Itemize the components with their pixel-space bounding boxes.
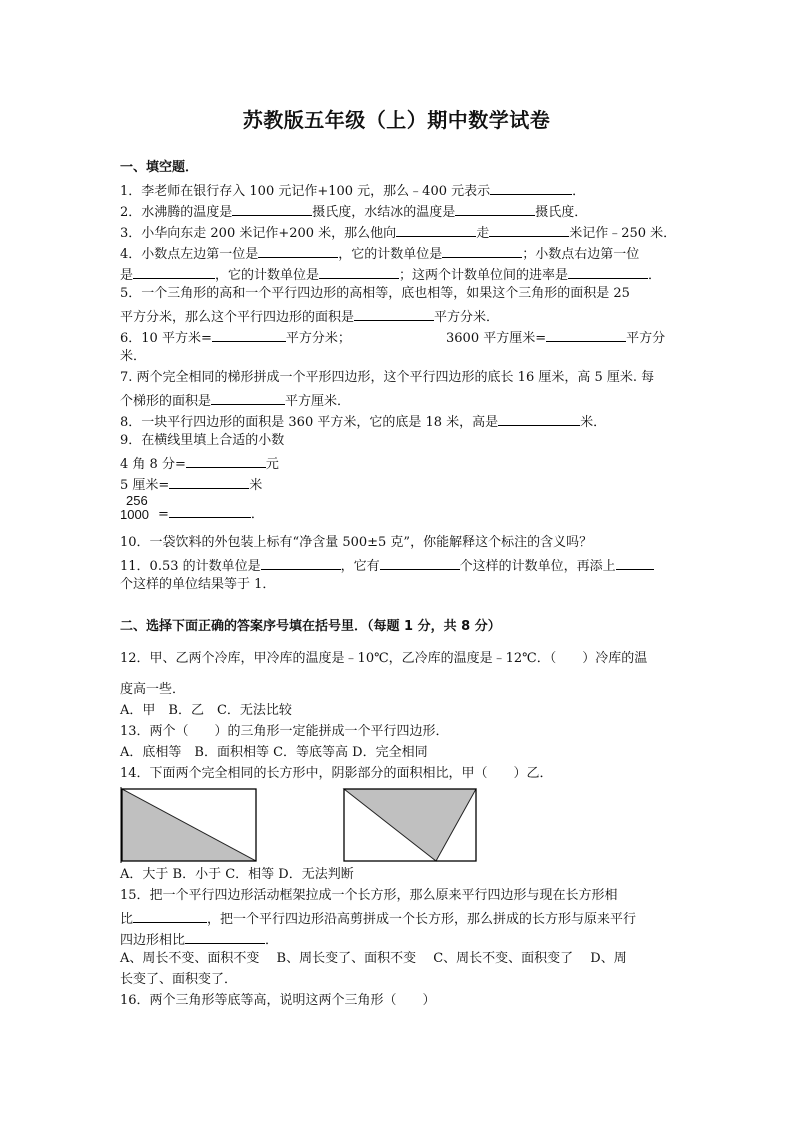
q9b-unit: 米 <box>249 478 262 493</box>
figure-jia-rectangle <box>118 785 260 865</box>
question-15-line-2: 比，把一个平行四边形沿高剪拼成一个长方形，那么拼成的长方形与原来平行 <box>120 909 636 928</box>
question-6-line-1: 6．10 平方米=平方分米； <box>120 328 351 347</box>
question-11-line-2: 个这样的单位结果等于 1． <box>120 577 275 593</box>
fraction-denominator: 1000 <box>120 508 149 522</box>
question-5-line-1: 5．一个三角形的高和一个平行四边形的高相等，底也相等，如果这个三角形的面积是 2… <box>120 286 630 302</box>
q4-blank-4[interactable] <box>319 265 399 279</box>
q6-blank-1[interactable] <box>212 328 286 342</box>
q2-text-c: 摄氏度． <box>535 205 587 220</box>
q4-text-e: ，它的计数单位是 <box>215 268 319 283</box>
question-9a: 4 角 8 分=元 <box>120 454 279 473</box>
figure-yi-rectangle <box>340 785 480 865</box>
q9c-blank[interactable] <box>169 504 251 518</box>
q11-text-a: 11．0.53 的计数单位是 <box>120 559 261 574</box>
question-9: 9．在横线里填上合适的小数 <box>120 433 284 449</box>
q6-text-d: 平方分 <box>626 331 665 346</box>
question-7-line-1: 7. 两个完全相同的梯形拼成一个平形四边形，这个平行四边形的底长 16 厘米，高… <box>120 370 654 386</box>
q3-blank-1[interactable] <box>396 223 476 237</box>
question-4-line-1: 4．小数点左边第一位是，它的计数单位是；小数点右边第一位 <box>120 244 639 263</box>
q3-text-a: 3．小华向东走 200 米记作+200 米，那么他向 <box>120 226 396 241</box>
q9c-equals: = <box>158 507 169 522</box>
question-1: 1．李老师在银行存入 100 元记作+100 元，那么﹣400 元表示． <box>120 181 585 200</box>
question-15-line-3: 四边形相比． <box>120 930 278 949</box>
question-14-options: A．大于 B．小于 C．相等 D．无法判断 <box>120 867 354 883</box>
q4-blank-1[interactable] <box>258 244 338 258</box>
q4-blank-2[interactable] <box>442 244 522 258</box>
q1-end: ． <box>572 184 585 199</box>
question-15-options-1: A、周长不变、面积不变 B、周长变了、面积不变 C、周长不变、面积变了 D、周 <box>120 951 627 967</box>
q5-text-b: 平方分米． <box>434 310 499 325</box>
question-5-line-2: 平方分米，那么这个平行四边形的面积是平方分米． <box>120 307 499 326</box>
q3-blank-2[interactable] <box>489 223 569 237</box>
q3-text-b: 走 <box>476 226 489 241</box>
q9b-blank[interactable] <box>169 475 249 489</box>
q1-answer-blank[interactable] <box>490 181 572 195</box>
fraction-numerator: 256 <box>120 494 149 508</box>
q6-text-b: 平方分米； <box>286 331 351 346</box>
q5-text-a: 平方分米，那么这个平行四边形的面积是 <box>120 310 354 325</box>
q11-text-c: 个这样的计数单位，再添上 <box>460 559 616 574</box>
question-12-line-1: 12．甲、乙两个冷库，甲冷库的温度是﹣10℃，乙冷库的温度是﹣12℃．（ ）冷库… <box>120 651 647 667</box>
question-2: 2．水沸腾的温度是摄氏度，水结冰的温度是摄氏度． <box>120 202 587 221</box>
question-15-line-1: 15．把一个平行四边形活动框架拉成一个长方形，那么原来平行四边形与现在长方形相 <box>120 888 618 904</box>
q3-text-c: 米记作﹣250 米． <box>569 226 676 241</box>
q11-blank-2[interactable] <box>380 556 460 570</box>
q6-text-c: 3600 平方厘米= <box>446 331 546 346</box>
q15-text-b: ，把一个平行四边形沿高剪拼成一个长方形，那么拼成的长方形与原来平行 <box>207 912 636 927</box>
q4-text-a: 4．小数点左边第一位是 <box>120 247 258 262</box>
q4-end: ． <box>648 268 661 283</box>
q4-text-f: ；这两个计数单位间的进率是 <box>399 268 568 283</box>
question-9b: 5 厘米=米 <box>120 475 262 494</box>
question-11-line-1: 11．0.53 的计数单位是，它有个这样的计数单位，再添上 <box>120 556 654 575</box>
q11-blank-1[interactable] <box>261 556 341 570</box>
q7-text-b: 平方厘米． <box>285 394 350 409</box>
q4-blank-3[interactable] <box>133 265 215 279</box>
q6-blank-2[interactable] <box>546 328 626 342</box>
q15-blank-2[interactable] <box>185 930 265 944</box>
q2-text-a: 2．水沸腾的温度是 <box>120 205 232 220</box>
q5-blank[interactable] <box>354 307 434 321</box>
q2-blank-1[interactable] <box>232 202 312 216</box>
q15-text-a: 比 <box>120 912 133 927</box>
q9a-text: 4 角 8 分= <box>120 457 186 472</box>
question-9c: =． <box>158 504 264 523</box>
question-6-line-2: 米． <box>120 349 146 365</box>
question-16: 16．两个三角形等底等高，说明这两个三角形（ ） <box>120 993 436 1009</box>
q2-text-b: 摄氏度，水结冰的温度是 <box>312 205 455 220</box>
q1-text: 1．李老师在银行存入 100 元记作+100 元，那么﹣400 元表示 <box>120 184 490 199</box>
question-6-part-2: 3600 平方厘米=平方分 <box>446 328 665 347</box>
q15-end: ． <box>265 933 278 948</box>
question-14: 14．下面两个完全相同的长方形中，阴影部分的面积相比，甲（ ）乙． <box>120 766 553 782</box>
q7-blank[interactable] <box>211 391 285 405</box>
q8-blank[interactable] <box>498 412 580 426</box>
q11-blank-3[interactable] <box>616 556 654 570</box>
question-12-line-2: 度高一些． <box>120 682 185 698</box>
q4-text-d: 是 <box>120 268 133 283</box>
q15-blank-1[interactable] <box>133 909 207 923</box>
section-2-heading: 二、选择下面正确的答案序号填在括号里．（每题 1 分，共 8 分） <box>120 619 501 635</box>
q11-text-b: ，它有 <box>341 559 380 574</box>
q4-blank-5[interactable] <box>568 265 648 279</box>
q9a-blank[interactable] <box>186 454 266 468</box>
q8-text-a: 8．一块平行四边形的面积是 360 平方米，它的底是 18 米，高是 <box>120 415 498 430</box>
shaded-triangle-yi <box>344 789 476 861</box>
q9a-unit: 元 <box>266 457 279 472</box>
q6-text-a: 6．10 平方米= <box>120 331 212 346</box>
question-7-line-2: 个梯形的面积是平方厘米． <box>120 391 350 410</box>
section-1-heading: 一、填空题． <box>120 160 198 176</box>
question-3: 3．小华向东走 200 米记作+200 米，那么他向走米记作﹣250 米． <box>120 223 676 242</box>
q15-text-c: 四边形相比 <box>120 933 185 948</box>
q8-text-b: 米． <box>580 415 606 430</box>
q4-text-c: ；小数点右边第一位 <box>522 247 639 262</box>
exam-title: 苏教版五年级（上）期中数学试卷 <box>0 104 793 133</box>
q9b-text: 5 厘米= <box>120 478 169 493</box>
question-10: 10．一袋饮料的外包装上标有“净含量 500±5 克”，你能解释这个标注的含义吗… <box>120 535 592 551</box>
question-8: 8．一块平行四边形的面积是 360 平方米，它的底是 18 米，高是米． <box>120 412 606 431</box>
question-13-options: A．底相等 B．面积相等 C．等底等高 D．完全相同 <box>120 745 428 761</box>
q9c-end: ． <box>251 507 264 522</box>
question-4-line-2: 是，它的计数单位是；这两个计数单位间的进率是． <box>120 265 661 284</box>
question-15-options-2: 长变了、面积变了． <box>120 972 237 988</box>
question-13: 13．两个（ ）的三角形一定能拼成一个平行四边形． <box>120 724 449 740</box>
question-12-options: A．甲 B．乙 C．无法比较 <box>120 703 292 719</box>
q7-text-a: 个梯形的面积是 <box>120 394 211 409</box>
q9c-fraction: 256 1000 <box>120 494 149 522</box>
exam-page: 苏教版五年级（上）期中数学试卷 一、填空题． 1．李老师在银行存入 100 元记… <box>0 0 793 1122</box>
q4-text-b: ，它的计数单位是 <box>338 247 442 262</box>
q2-blank-2[interactable] <box>455 202 535 216</box>
